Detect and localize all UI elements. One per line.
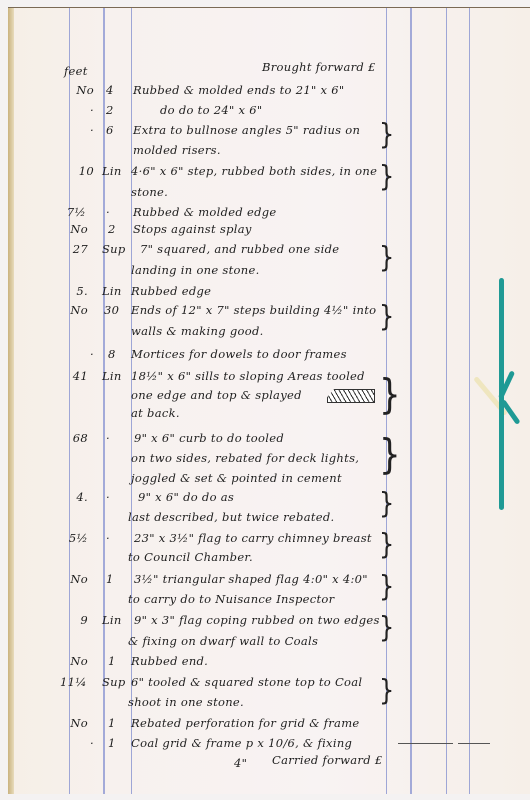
unit-heading: feet (64, 64, 88, 78)
entry-text: Rebated perforation for grid & frame (131, 716, 360, 730)
entry-text: 9" x 3" flag coping rubbed on two edges (134, 613, 380, 627)
brace: } (379, 243, 394, 272)
entry-text: 9" x 6" curb to do tooled (134, 431, 284, 445)
brace: } (379, 489, 394, 518)
entry-text: 9" x 6" do do as (138, 490, 234, 504)
entry-qty: No (62, 654, 88, 668)
entry-text-cont: last described, but twice rebated. (128, 510, 335, 524)
entry-text: Coal grid & frame p x 10/6, & fixing (131, 736, 352, 750)
total-dash (458, 743, 490, 744)
entry-text: Stops against splay (133, 222, 252, 236)
total-dash (398, 743, 453, 744)
entry-qty: 41 (62, 369, 88, 383)
entry-qty: 10 (68, 164, 94, 178)
entry-unit: Lin (102, 613, 128, 627)
entry-text: Extra to bullnose angles 5" radius on (133, 123, 360, 137)
brace: } (379, 375, 401, 416)
entry-unit: · (106, 490, 132, 504)
brace: } (379, 435, 401, 476)
entry-text-cont: one edge and top & splayed (131, 388, 302, 402)
brace: } (379, 530, 394, 559)
entry-text: Rubbed & molded ends to 21" x 6" (133, 83, 344, 97)
rule-line (446, 8, 447, 794)
entry-unit: Sup (102, 675, 128, 689)
entry-qty: No (62, 716, 88, 730)
entry-qty: 5½ (62, 531, 88, 545)
entry-text: Rubbed edge (131, 284, 211, 298)
entry-unit: 30 (104, 303, 130, 317)
brace: } (379, 162, 394, 191)
entry-unit: 1 (106, 572, 132, 586)
entry-unit: 6 (106, 123, 132, 137)
entry-unit: 2 (108, 222, 134, 236)
entry-text: 23" x 3½" flag to carry chimney breast (134, 531, 372, 545)
entry-qty: No (62, 572, 88, 586)
entry-text: do do to 24" x 6" (160, 103, 263, 117)
entry-text: Mortices for dowels to door frames (131, 347, 347, 361)
brace: } (379, 676, 394, 705)
entry-qty: 7½ (60, 205, 86, 219)
entry-qty: No (68, 83, 94, 97)
entry-unit: · (106, 431, 132, 445)
entry-text-cont: molded risers. (133, 143, 221, 157)
entry-qty: 9 (62, 613, 88, 627)
entry-unit: · (106, 531, 132, 545)
entry-text-cont: stone. (131, 185, 168, 199)
entry-text: 4·6" x 6" step, rubbed both sides, in on… (131, 164, 377, 178)
page-edge (8, 8, 14, 794)
brace: } (379, 302, 394, 331)
brace: } (379, 572, 394, 601)
brace: } (379, 613, 394, 642)
entry-text: 3½" triangular shaped flag 4:0" x 4:0" (134, 572, 368, 586)
entry-qty: 4. (62, 490, 88, 504)
entry-text-cont: landing in one stone. (131, 263, 260, 277)
entry-qty: · (68, 736, 94, 750)
carried-forward: Carried forward £ (272, 753, 382, 767)
entry-qty: 5. (62, 284, 88, 298)
entry-text-cont: walls & making good. (131, 324, 264, 338)
page-mark: 4" (234, 756, 247, 770)
entry-qty: · (68, 123, 94, 137)
entry-unit: Lin (102, 284, 128, 298)
entry-qty: · (68, 103, 94, 117)
entry-text-cont: on two sides, rebated for deck lights, (131, 451, 359, 465)
entry-unit: · (106, 205, 132, 219)
sill-section-sketch (327, 389, 375, 403)
entry-qty: 68 (62, 431, 88, 445)
entry-qty: 27 (62, 242, 88, 256)
entry-unit: 2 (106, 103, 132, 117)
rule-line (469, 8, 470, 794)
brought-forward: Brought forward £ (262, 60, 376, 74)
entry-text: 6" tooled & squared stone top to Coal (131, 675, 362, 689)
entry-unit: Sup (102, 242, 128, 256)
entry-unit: Lin (102, 369, 128, 383)
entry-text: Ends of 12" x 7" steps building 4½" into (131, 303, 376, 317)
entry-unit: 4 (106, 83, 132, 97)
entry-unit: Lin (102, 164, 128, 178)
entry-text-cont: to Council Chamber. (128, 550, 253, 564)
rule-line (410, 8, 412, 794)
entry-text-cont: & fixing on dwarf wall to Coals (128, 634, 318, 648)
entry-text: 18½" x 6" sills to sloping Areas tooled (131, 369, 365, 383)
entry-qty: 11¼ (60, 675, 86, 689)
entry-text: 7" squared, and rubbed one side (140, 242, 339, 256)
brace: } (379, 120, 394, 149)
entry-qty: No (62, 303, 88, 317)
entry-text: Rubbed & molded edge (133, 205, 277, 219)
entry-qty: No (62, 222, 88, 236)
entry-text-cont: to carry do to Nuisance Inspector (128, 592, 334, 606)
entry-text-cont: at back. (131, 406, 180, 420)
entry-qty: · (68, 347, 94, 361)
entry-text-cont: shoot in one stone. (128, 695, 244, 709)
entry-text: Rubbed end. (131, 654, 208, 668)
entry-text-cont: joggled & set & pointed in cement (131, 471, 342, 485)
